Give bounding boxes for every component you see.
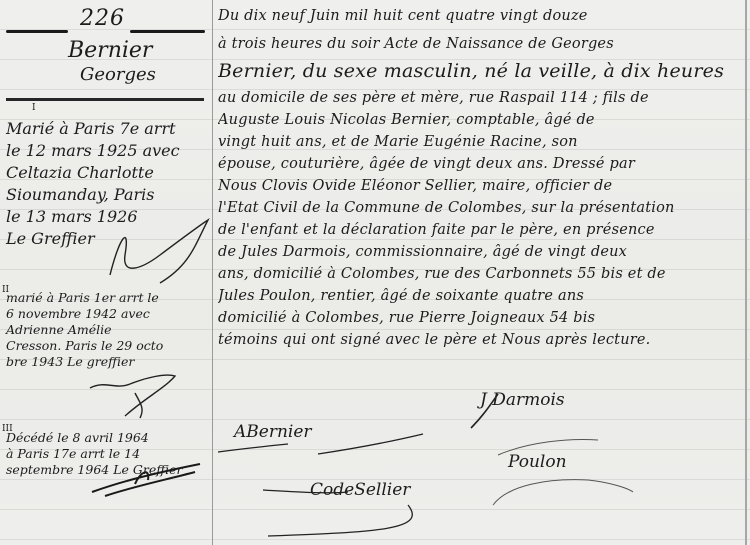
body-line-11: de Jules Darmois, commissionnaire, âgé d…	[218, 244, 744, 260]
body-line-8: Nous Clovis Ovide Éléonor Sellier, maire…	[218, 178, 744, 194]
signature-witness-2-flourish-icon	[488, 430, 638, 510]
body-line-1: Du dix neuf Juin mil huit cent quatre vi…	[218, 8, 744, 24]
body-line-12: ans, domicilié à Colombes, rue des Carbo…	[218, 266, 744, 282]
number-rule-left	[6, 30, 68, 33]
signature-witness-1-flourish-icon	[463, 392, 503, 432]
body-line-6: vingt huit ans, et de Marie Eugénie Raci…	[218, 134, 744, 150]
register-page: 226 Bernier Georges I Marié à Paris 7e a…	[0, 0, 750, 545]
signature-mayor-flourish-icon	[258, 470, 458, 540]
greffier-flourish-2-icon	[85, 368, 185, 423]
margin-given-name: Georges	[80, 64, 156, 85]
entry-body: Du dix neuf Juin mil huit cent quatre vi…	[218, 0, 744, 545]
signature-father-flourish-icon	[218, 418, 428, 458]
header-rule	[6, 98, 204, 101]
number-rule-right	[130, 30, 205, 33]
margin-note-marriage-2: marié à Paris 1er arrt le 6 novembre 194…	[6, 290, 206, 370]
entry-number: 226	[80, 6, 125, 31]
margin-surname: Bernier	[68, 38, 152, 63]
body-line-15: témoins qui ont signé avec le père et No…	[218, 332, 744, 348]
body-line-14: domicilié à Colombes, rue Pierre Joignea…	[218, 310, 744, 326]
page-right-edge	[745, 0, 747, 545]
body-line-7: épouse, couturière, âgée de vingt deux a…	[218, 156, 744, 172]
greffier-flourish-3-icon	[90, 462, 205, 502]
body-line-9: l'État Civil de la Commune de Colombes, …	[218, 200, 744, 216]
note-marker-1: I	[32, 103, 36, 113]
body-line-3: Bernier, du sexe masculin, né la veille,…	[218, 60, 744, 82]
body-line-5: Auguste Louis Nicolas Bernier, comptable…	[218, 112, 744, 128]
body-line-13: Jules Poulon, rentier, âgé de soixante q…	[218, 288, 744, 304]
body-line-4: au domicile de ses père et mère, rue Ras…	[218, 90, 744, 106]
body-line-2: à trois heures du soir Acte de Naissance…	[218, 36, 744, 52]
margin-divider	[212, 0, 213, 545]
greffier-flourish-1-icon	[100, 215, 212, 285]
body-line-10: de l'enfant et la déclaration faite par …	[218, 222, 744, 238]
margin-column: 226 Bernier Georges I Marié à Paris 7e a…	[0, 0, 210, 545]
